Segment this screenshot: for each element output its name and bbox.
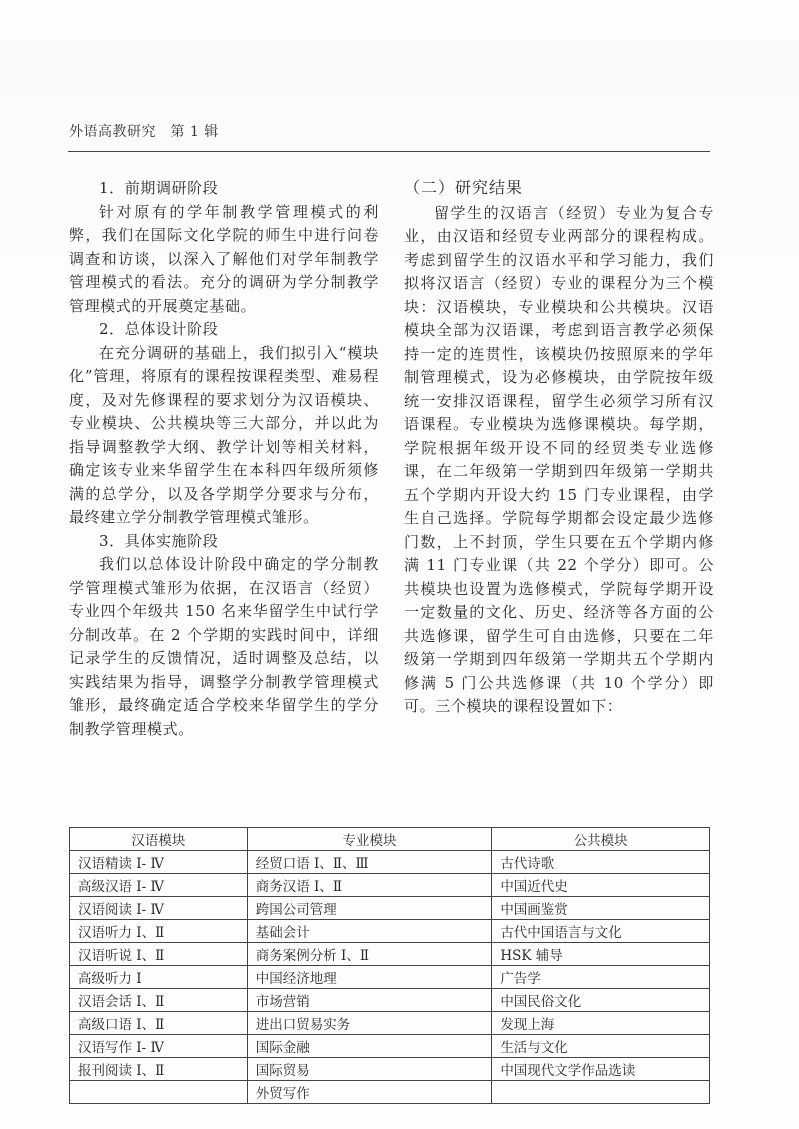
header-major-module: 专业模块 [247,828,492,851]
table-cell [70,1081,248,1104]
table-cell: 基础会计 [247,920,492,943]
table-cell: 高级口语 I、Ⅱ [70,1012,248,1035]
table-row: 高级口语 I、Ⅱ进出口贸易实务发现上海 [70,1012,710,1035]
table-cell: 中国经济地理 [247,966,492,989]
table-header-row: 汉语模块 专业模块 公共模块 [70,828,710,851]
table-cell: 广告学 [492,966,710,989]
table-cell: 汉语会话 I、Ⅱ [70,989,248,1012]
table-cell: 古代诗歌 [492,851,710,874]
table-cell: 市场营销 [247,989,492,1012]
table-cell [492,1081,710,1104]
table-row: 报刊阅读 I、Ⅱ国际贸易中国现代文学作品选读 [70,1058,710,1081]
paragraph-2: 在充分调研的基础上，我们拟引入“模块化”管理，将原有的课程按课程类型、难易程度，… [69,342,379,530]
paragraph-3: 我们以总体设计阶段中确定的学分制教学管理模式雏形为依据，在汉语言（经贸）专业四个… [69,553,379,741]
section-heading-3: 3．具体实施阶段 [69,530,379,554]
left-column: 1．前期调研阶段 针对原有的学年制教学管理模式的利弊，我们在国际文化学院的师生中… [69,177,379,741]
table-cell: 商务汉语 I、Ⅱ [247,874,492,897]
running-head: 外语高教研究 第 1 辑 [69,121,219,141]
table-row: 外贸写作 [70,1081,710,1104]
table-cell: 汉语听说 I、Ⅱ [70,943,248,966]
table-cell: 高级听力 I [70,966,248,989]
table-cell: HSK 辅导 [492,943,710,966]
table-cell: 国际贸易 [247,1058,492,1081]
section-heading-1: 1．前期调研阶段 [69,177,379,201]
table-cell: 汉语写作 I- Ⅳ [70,1035,248,1058]
table-cell: 生活与文化 [492,1035,710,1058]
table-cell: 进出口贸易实务 [247,1012,492,1035]
table-row: 汉语写作 I- Ⅳ国际金融生活与文化 [70,1035,710,1058]
table-cell: 汉语阅读 I- Ⅳ [70,897,248,920]
right-column: （二）研究结果 留学生的汉语言（经贸）专业为复合专业，由汉语和经贸专业两部分的课… [404,176,714,719]
section-heading-2: 2．总体设计阶段 [69,318,379,342]
table-row: 高级汉语 I- Ⅳ商务汉语 I、Ⅱ中国近代史 [70,874,710,897]
table-cell: 中国现代文学作品选读 [492,1058,710,1081]
header-chinese-module: 汉语模块 [70,828,248,851]
table-cell: 汉语听力 I、Ⅱ [70,920,248,943]
table-row: 汉语会话 I、Ⅱ市场营销中国民俗文化 [70,989,710,1012]
table-cell: 跨国公司管理 [247,897,492,920]
table-cell: 外贸写作 [247,1081,492,1104]
table-cell: 经贸口语 I、Ⅱ、Ⅲ [247,851,492,874]
header-public-module: 公共模块 [492,828,710,851]
table-cell: 发现上海 [492,1012,710,1035]
table-row: 汉语阅读 I- Ⅳ跨国公司管理中国画鉴赏 [70,897,710,920]
section-title: （二）研究结果 [404,176,714,200]
table-row: 高级听力 I中国经济地理广告学 [70,966,710,989]
table-cell: 古代中国语言与文化 [492,920,710,943]
table-row: 汉语听说 I、Ⅱ商务案例分析 I、ⅡHSK 辅导 [70,943,710,966]
course-module-table: 汉语模块 专业模块 公共模块 汉语精读 I- Ⅳ经贸口语 I、Ⅱ、Ⅲ古代诗歌高级… [69,827,710,1104]
results-paragraph: 留学生的汉语言（经贸）专业为复合专业，由汉语和经贸专业两部分的课程构成。考虑到留… [404,202,714,719]
table-cell: 中国近代史 [492,874,710,897]
table-cell: 报刊阅读 I、Ⅱ [70,1058,248,1081]
table-row: 汉语精读 I- Ⅳ经贸口语 I、Ⅱ、Ⅲ古代诗歌 [70,851,710,874]
table-cell: 商务案例分析 I、Ⅱ [247,943,492,966]
table-cell: 国际金融 [247,1035,492,1058]
table-cell: 汉语精读 I- Ⅳ [70,851,248,874]
table-row: 汉语听力 I、Ⅱ基础会计古代中国语言与文化 [70,920,710,943]
header-rule [68,151,710,152]
table-cell: 中国民俗文化 [492,989,710,1012]
table-cell: 高级汉语 I- Ⅳ [70,874,248,897]
table-cell: 中国画鉴赏 [492,897,710,920]
paragraph-1: 针对原有的学年制教学管理模式的利弊，我们在国际文化学院的师生中进行问卷调查和访谈… [69,201,379,319]
